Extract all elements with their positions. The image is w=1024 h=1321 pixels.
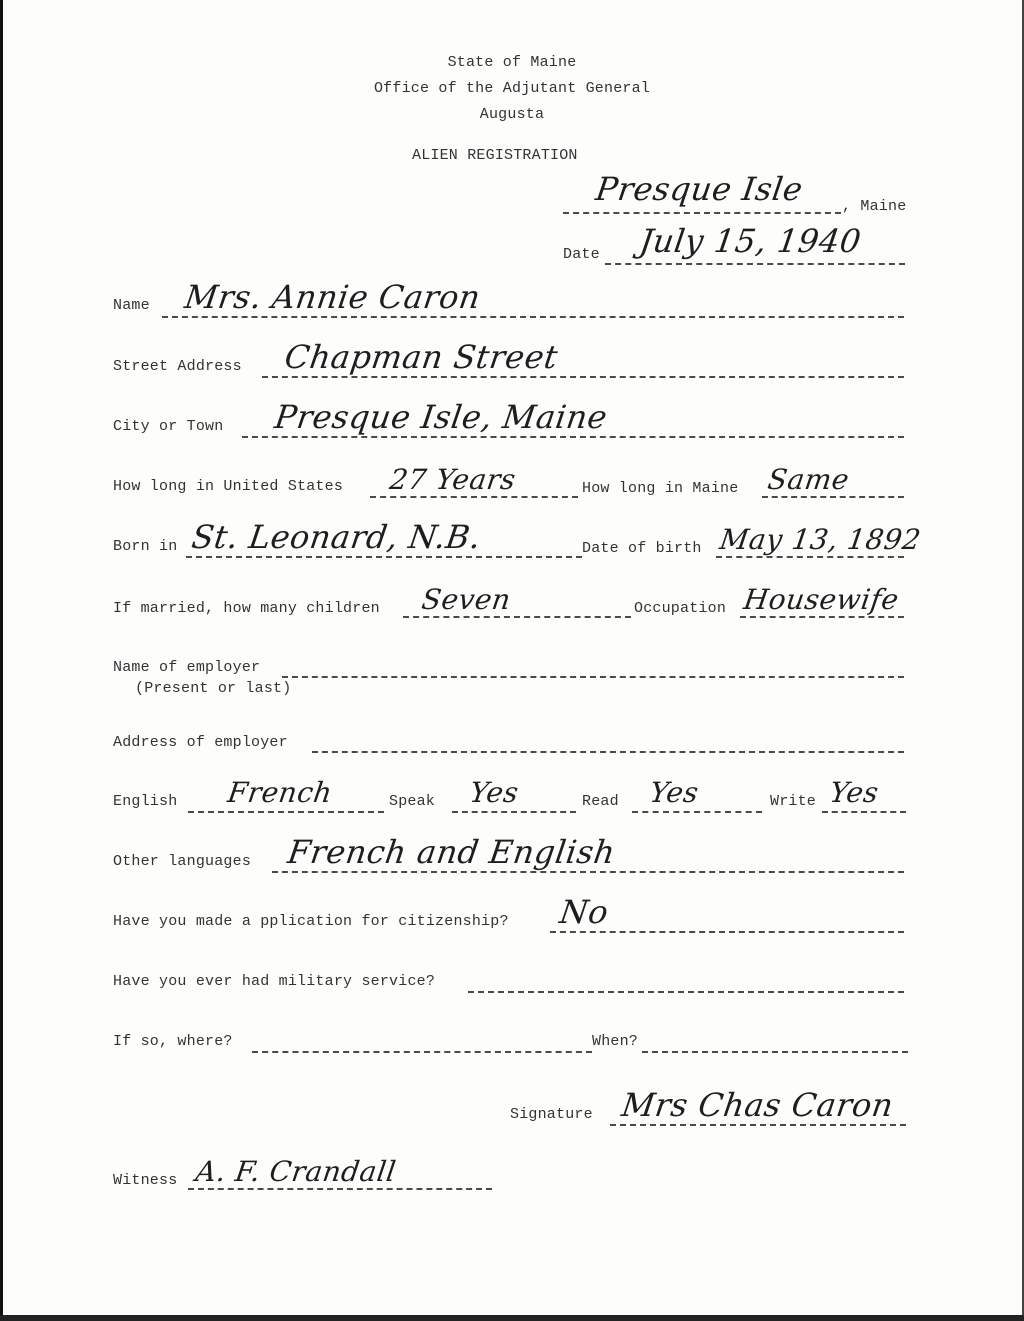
other-languages-label: Other languages [113, 853, 251, 870]
witness-line [188, 1188, 492, 1190]
header-state: State of Maine [312, 54, 712, 71]
occupation-label: Occupation [634, 600, 726, 617]
date-of-birth-line [716, 556, 904, 558]
speak-value[interactable]: Yes [468, 776, 521, 809]
how-long-maine-line [762, 496, 904, 498]
date-of-birth-label: Date of birth [582, 540, 702, 557]
how-long-maine-value[interactable]: Same [766, 463, 852, 496]
place-line [563, 212, 841, 214]
military-where-label: If so, where? [113, 1033, 233, 1050]
place-value[interactable]: Presque Isle [593, 170, 805, 208]
city-line [242, 436, 904, 438]
city-value[interactable]: Presque Isle, Maine [272, 398, 609, 436]
born-in-value[interactable]: St. Leonard, N.B. [189, 518, 483, 556]
witness-label: Witness [113, 1172, 177, 1189]
employer-address-label: Address of employer [113, 734, 288, 751]
street-address-label: Street Address [113, 358, 242, 375]
employer-name-sublabel: (Present or last) [135, 680, 291, 697]
read-label: Read [582, 793, 619, 810]
write-value[interactable]: Yes [828, 776, 881, 809]
speak-label: Speak [389, 793, 435, 810]
english-value[interactable]: French [226, 776, 335, 809]
occupation-line [740, 616, 904, 618]
military-when-label: When? [592, 1033, 638, 1050]
date-value[interactable]: July 15, 1940 [637, 222, 863, 260]
witness-value[interactable]: A. F. Crandall [194, 1155, 399, 1188]
military-where-line[interactable] [252, 1051, 592, 1053]
read-value[interactable]: Yes [648, 776, 701, 809]
citizenship-label: Have you made a pplication for citizensh… [113, 913, 509, 930]
street-address-line [262, 376, 904, 378]
children-label: If married, how many children [113, 600, 380, 617]
read-line [632, 811, 762, 813]
place-suffix: , Maine [842, 198, 906, 215]
header-office: Office of the Adjutant General [312, 80, 712, 97]
born-in-line [186, 556, 582, 558]
city-label: City or Town [113, 418, 223, 435]
signature-value[interactable]: Mrs Chas Caron [619, 1086, 895, 1124]
write-line [822, 811, 906, 813]
write-label: Write [770, 793, 816, 810]
date-of-birth-value[interactable]: May 13, 1892 [718, 523, 923, 556]
employer-address-line[interactable] [312, 751, 904, 753]
children-value[interactable]: Seven [420, 583, 513, 616]
how-long-us-value[interactable]: 27 Years [388, 463, 518, 496]
date-line [605, 263, 905, 265]
citizenship-line [550, 931, 904, 933]
name-line [162, 316, 904, 318]
how-long-maine-label: How long in Maine [582, 480, 738, 497]
how-long-us-line [370, 496, 578, 498]
speak-line [452, 811, 576, 813]
header-city: Augusta [312, 106, 712, 123]
name-label: Name [113, 297, 150, 314]
street-address-value[interactable]: Chapman Street [282, 338, 560, 376]
employer-name-line[interactable] [282, 676, 904, 678]
military-service-label: Have you ever had military service? [113, 973, 435, 990]
citizenship-value[interactable]: No [557, 893, 611, 931]
employer-name-label: Name of employer [113, 659, 260, 676]
military-when-line[interactable] [642, 1051, 908, 1053]
children-line [403, 616, 631, 618]
other-languages-line [272, 871, 904, 873]
scan-border-bottom [0, 1315, 1024, 1321]
signature-label: Signature [510, 1106, 593, 1123]
occupation-value[interactable]: Housewife [742, 583, 901, 616]
scan-border-left [0, 0, 3, 1321]
english-line [188, 811, 384, 813]
form-title: ALIEN REGISTRATION [412, 147, 578, 164]
other-languages-value[interactable]: French and English [285, 833, 617, 871]
military-service-line[interactable] [468, 991, 904, 993]
english-label: English [113, 793, 177, 810]
date-label: Date [563, 246, 600, 263]
how-long-us-label: How long in United States [113, 478, 343, 495]
name-value[interactable]: Mrs. Annie Caron [182, 278, 483, 316]
born-in-label: Born in [113, 538, 177, 555]
signature-line [610, 1124, 906, 1126]
